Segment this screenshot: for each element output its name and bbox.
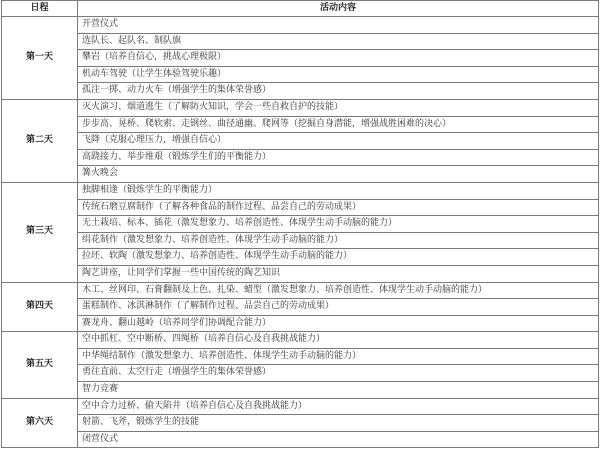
- table-row: 闭营仪式: [2, 431, 599, 448]
- day-label: 第六天: [2, 398, 78, 448]
- activity-cell: 拉坯、软陶（激发想象力、培养创造性、体现学生动手动脑的能力）: [78, 249, 599, 266]
- table-row: 孤注一掷、动力火车（增强学生的集体荣誉感）: [2, 83, 599, 100]
- table-row: 拉坯、软陶（激发想象力、培养创造性、体现学生动手动脑的能力）: [2, 249, 599, 266]
- activity-cell: 空中合力过桥、偷天陷井（培养自信心及自我挑战能力）: [78, 398, 599, 415]
- table-row: 第四天 木工、丝网印、石膏翻制及上色、扎染、蜡型（激发想象力、培养创造性、体现学…: [2, 282, 599, 299]
- activity-cell: 中华绳结制作（激发想象力、培养创造性、体现学生动手动脑的能力）: [78, 348, 599, 365]
- table-row: 无土栽培、标本、插花（激发想象力、培养创造性、体现学生动手动脑的能力）: [2, 216, 599, 233]
- activity-cell: 射箭、飞斧，锻炼学生的技能: [78, 415, 599, 432]
- header-day: 日程: [2, 1, 78, 17]
- table-row: 勇往直前、太空行走（增强学生的集体荣誉感）: [2, 365, 599, 382]
- table-row: 步步高、晃桥、爬软索、走钢丝、曲径通幽、爬网等（挖掘自身潜能，增强战胜困难的决心…: [2, 116, 599, 133]
- table-row: 陶艺讲座，让同学们掌握一些中国传统的陶艺知识: [2, 265, 599, 282]
- table-row: 篝火晚会: [2, 166, 599, 183]
- day-label: 第一天: [2, 17, 78, 100]
- activity-cell: 传统石磨豆腐制作（了解各种食品的制作过程、品尝自己的劳动成果）: [78, 199, 599, 216]
- activity-cell: 木工、丝网印、石膏翻制及上色、扎染、蜡型（激发想象力、培养创造性、体现学生动手动…: [78, 282, 599, 299]
- table-row: 射箭、飞斧，锻炼学生的技能: [2, 415, 599, 432]
- table-row: 第五天 空中抓杠、空中断桥、四绳桥（培养自信心及自我挑战能力）: [2, 332, 599, 349]
- day-label: 第五天: [2, 332, 78, 398]
- activity-cell: 飞降（克服心理压力，增强自信心）: [78, 133, 599, 150]
- activity-cell: 高跷接力、举步维艰（锻炼学生们的平衡能力）: [78, 149, 599, 166]
- table-row: 中华绳结制作（激发想象力、培养创造性、体现学生动手动脑的能力）: [2, 348, 599, 365]
- table-row: 绢花制作（激发想象力、培养创造性、体现学生动手动脑的能力）: [2, 232, 599, 249]
- table-row: 智力竞赛: [2, 382, 599, 399]
- table-row: 选队长、起队名、制队旗: [2, 33, 599, 50]
- activity-cell: 灭火演习、烟道逃生（了解防火知识，学会一些自救自护的技能）: [78, 99, 599, 116]
- activity-cell: 攀岩（培养自信心，挑战心理极限）: [78, 50, 599, 67]
- table-row: 第一天 开营仪式: [2, 17, 599, 34]
- activity-cell: 陶艺讲座，让同学们掌握一些中国传统的陶艺知识: [78, 265, 599, 282]
- activity-cell: 独脚相逢（锻炼学生的平衡能力）: [78, 182, 599, 199]
- activity-cell: 赛龙舟、翻山越岭（培养同学们协调配合能力）: [78, 315, 599, 332]
- table-row: 蛋糕制作、冰淇淋制作（了解制作过程、品尝自己的劳动成果）: [2, 299, 599, 316]
- activity-cell: 开营仪式: [78, 17, 599, 34]
- header-row: 日程 活动内容: [2, 1, 599, 17]
- table-row: 第二天 灭火演习、烟道逃生（了解防火知识，学会一些自救自护的技能）: [2, 99, 599, 116]
- table-row: 高跷接力、举步维艰（锻炼学生们的平衡能力）: [2, 149, 599, 166]
- header-content: 活动内容: [78, 1, 599, 17]
- table-row: 第六天 空中合力过桥、偷天陷井（培养自信心及自我挑战能力）: [2, 398, 599, 415]
- activity-cell: 绢花制作（激发想象力、培养创造性、体现学生动手动脑的能力）: [78, 232, 599, 249]
- activity-cell: 智力竞赛: [78, 382, 599, 399]
- day-label: 第二天: [2, 99, 78, 182]
- day-label: 第四天: [2, 282, 78, 332]
- day-label: 第三天: [2, 182, 78, 282]
- activity-cell: 无土栽培、标本、插花（激发想象力、培养创造性、体现学生动手动脑的能力）: [78, 216, 599, 233]
- table-row: 攀岩（培养自信心，挑战心理极限）: [2, 50, 599, 67]
- activity-cell: 步步高、晃桥、爬软索、走钢丝、曲径通幽、爬网等（挖掘自身潜能，增强战胜困难的决心…: [78, 116, 599, 133]
- activity-cell: 蛋糕制作、冰淇淋制作（了解制作过程、品尝自己的劳动成果）: [78, 299, 599, 316]
- table-row: 第三天 独脚相逢（锻炼学生的平衡能力）: [2, 182, 599, 199]
- schedule-table: 日程 活动内容 第一天 开营仪式 选队长、起队名、制队旗 攀岩（培养自信心，挑战…: [1, 0, 599, 448]
- table-row: 传统石磨豆腐制作（了解各种食品的制作过程、品尝自己的劳动成果）: [2, 199, 599, 216]
- table-row: 机动车驾驶（让学生体验驾驶乐趣）: [2, 66, 599, 83]
- activity-cell: 闭营仪式: [78, 431, 599, 448]
- table-row: 赛龙舟、翻山越岭（培养同学们协调配合能力）: [2, 315, 599, 332]
- activity-cell: 选队长、起队名、制队旗: [78, 33, 599, 50]
- activity-cell: 空中抓杠、空中断桥、四绳桥（培养自信心及自我挑战能力）: [78, 332, 599, 349]
- table-row: 飞降（克服心理压力，增强自信心）: [2, 133, 599, 150]
- activity-cell: 勇往直前、太空行走（增强学生的集体荣誉感）: [78, 365, 599, 382]
- activity-cell: 机动车驾驶（让学生体验驾驶乐趣）: [78, 66, 599, 83]
- activity-cell: 孤注一掷、动力火车（增强学生的集体荣誉感）: [78, 83, 599, 100]
- activity-cell: 篝火晚会: [78, 166, 599, 183]
